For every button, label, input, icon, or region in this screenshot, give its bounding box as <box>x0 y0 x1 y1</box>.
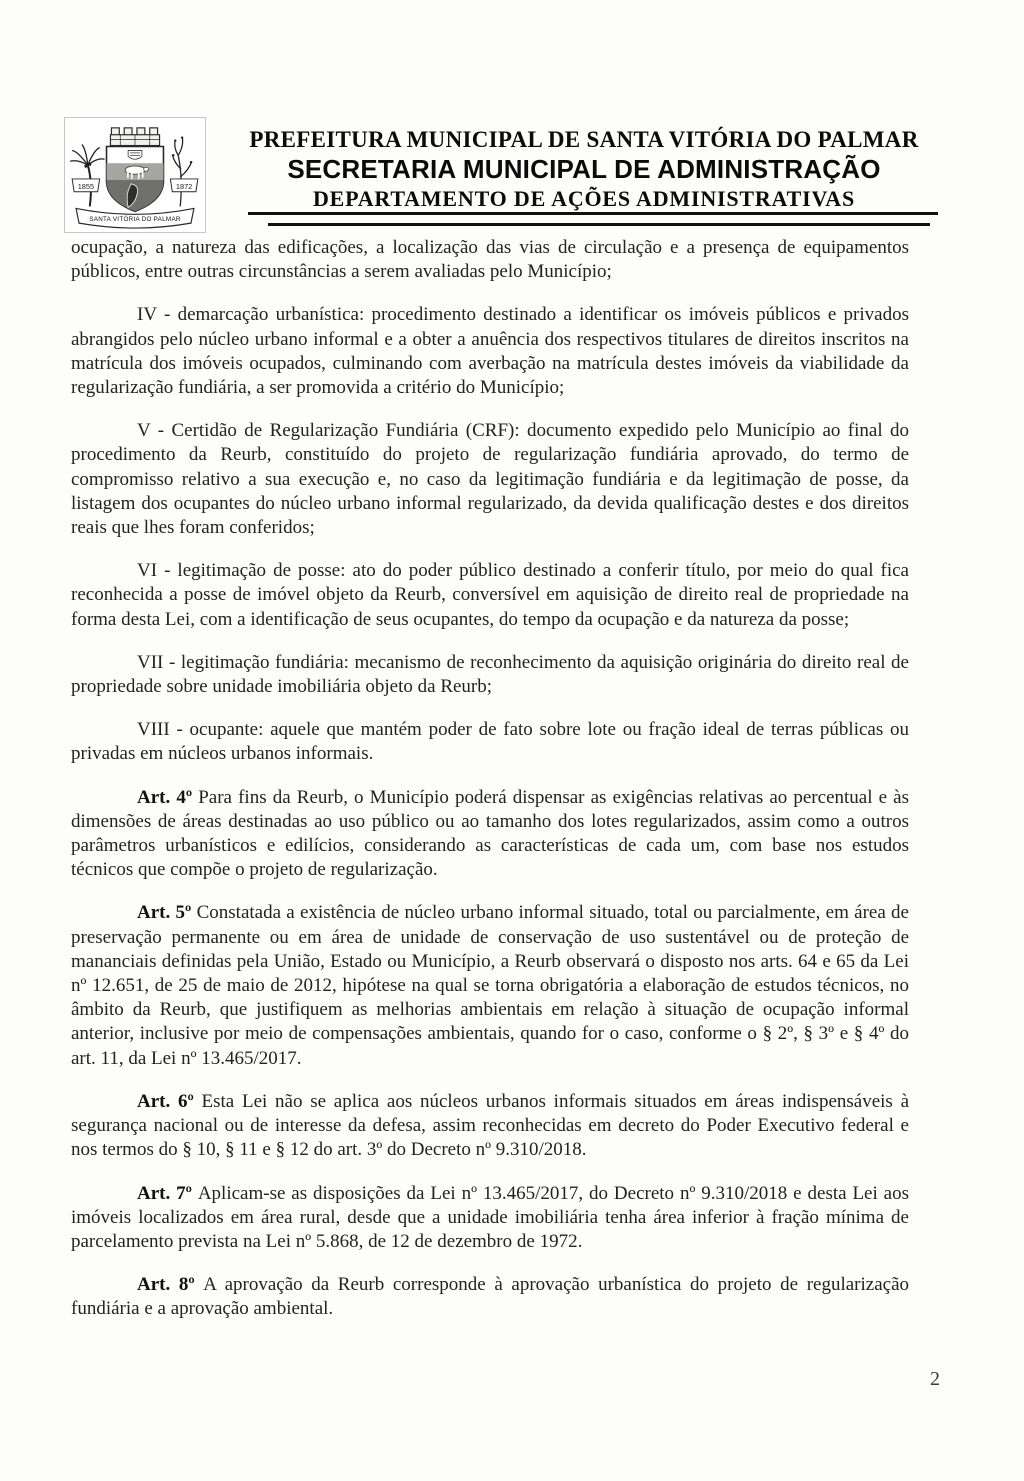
paragraph-item-v: V - Certidão de Regularização Fundiária … <box>71 419 909 540</box>
paragraph-text: VIII - ocupante: aquele que mantém poder… <box>71 719 909 764</box>
article-number: Art. 7º <box>137 1183 198 1204</box>
header-divider-top <box>248 212 938 215</box>
paragraph-item-iv: IV - demarcação urbanística: procediment… <box>71 303 909 400</box>
paragraph-text: VII - legitimação fundiária: mecanismo d… <box>71 652 909 697</box>
paragraph-item-vi: VI - legitimação de posse: ato do poder … <box>71 559 909 632</box>
paragraph-continuation: ocupação, a natureza das edificações, a … <box>71 236 909 284</box>
letterhead: PREFEITURA MUNICIPAL DE SANTA VITÓRIA DO… <box>214 126 954 212</box>
paragraph-item-viii: VIII - ocupante: aquele que mantém poder… <box>71 718 909 766</box>
page-number: 2 <box>920 1368 950 1391</box>
crest-year-left: 1855 <box>78 182 94 191</box>
article-number: Art. 4º <box>137 787 198 808</box>
paragraph-text: IV - demarcação urbanística: procediment… <box>71 304 909 398</box>
paragraph-art-6: Art. 6º Esta Lei não se aplica aos núcle… <box>71 1090 909 1163</box>
crest-ribbon-text: SANTA VITÓRIA DO PALMAR <box>89 214 181 223</box>
municipal-coat-of-arms-icon: 1855 1872 SANTA VITÓRIA DO PALMAR <box>66 120 204 230</box>
paragraph-text: V - Certidão de Regularização Fundiária … <box>71 420 909 538</box>
document-body: ocupação, a natureza das edificações, a … <box>71 236 909 1341</box>
paragraph-art-8: Art. 8º A aprovação da Reurb corresponde… <box>71 1273 909 1321</box>
article-number: Art. 5º <box>137 902 197 923</box>
article-number: Art. 8º <box>137 1274 203 1295</box>
paragraph-text: Constatada a existência de núcleo urbano… <box>71 902 909 1068</box>
paragraph-text: VI - legitimação de posse: ato do poder … <box>71 560 909 629</box>
header-divider-bottom <box>268 223 930 226</box>
article-number: Art. 6º <box>137 1091 202 1112</box>
crest-logo-box: 1855 1872 SANTA VITÓRIA DO PALMAR <box>64 117 206 233</box>
letterhead-line3: DEPARTAMENTO DE AÇÕES ADMINISTRATIVAS <box>214 185 954 212</box>
paragraph-art-7: Art. 7º Aplicam-se as disposições da Lei… <box>71 1182 909 1255</box>
letterhead-line2: SECRETARIA MUNICIPAL DE ADMINISTRAÇÃO <box>214 154 954 185</box>
letterhead-line1: PREFEITURA MUNICIPAL DE SANTA VITÓRIA DO… <box>214 126 954 154</box>
paragraph-art-4: Art. 4º Para fins da Reurb, o Município … <box>71 786 909 883</box>
paragraph-item-vii: VII - legitimação fundiária: mecanismo d… <box>71 651 909 699</box>
paragraph-text: ocupação, a natureza das edificações, a … <box>71 237 909 282</box>
paragraph-art-5: Art. 5º Constatada a existência de núcle… <box>71 901 909 1070</box>
scanned-document-page: 1855 1872 SANTA VITÓRIA DO PALMAR PREFEI… <box>0 0 1024 1481</box>
crest-year-right: 1872 <box>176 182 192 191</box>
